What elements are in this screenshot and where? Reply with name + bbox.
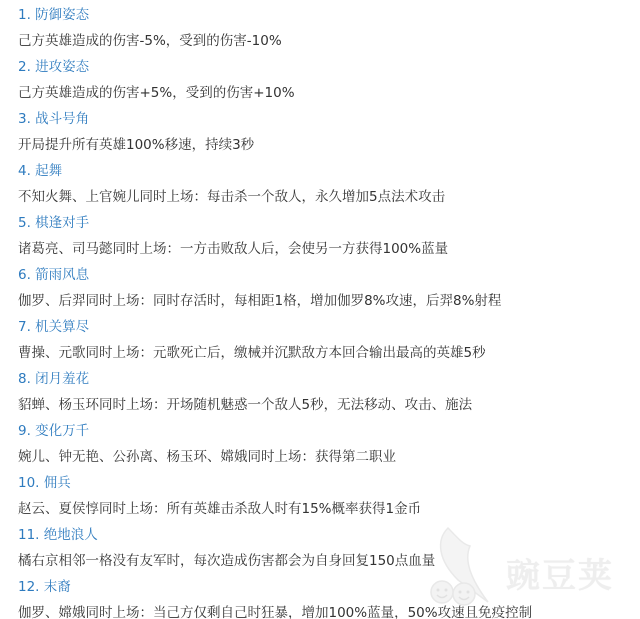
entry-title: 12. 末裔 bbox=[18, 574, 640, 600]
entry-title: 2. 进攻姿态 bbox=[18, 54, 640, 80]
entry-description: 貂蝉、杨玉环同时上场：开场随机魅惑一个敌人5秒，无法移动、攻击、施法 bbox=[18, 392, 640, 418]
entry-title: 11. 绝地浪人 bbox=[18, 522, 640, 548]
entry-title: 8. 闭月羞花 bbox=[18, 366, 640, 392]
entry-title: 6. 箭雨风息 bbox=[18, 262, 640, 288]
entry-9: 9. 变化万千 婉儿、钟无艳、公孙离、杨玉环、嫦娥同时上场：获得第二职业 bbox=[18, 418, 640, 470]
entry-7: 7. 机关算尽 曹操、元歌同时上场：元歌死亡后，缴械并沉默敌方本回合输出最高的英… bbox=[18, 314, 640, 366]
entry-title: 3. 战斗号角 bbox=[18, 106, 640, 132]
entry-description: 伽罗、嫦娥同时上场：当己方仅剩自己时狂暴，增加100%蓝量，50%攻速且免疫控制 bbox=[18, 600, 640, 619]
document-body: 1. 防御姿态 己方英雄造成的伤害-5%，受到的伤害-10% 2. 进攻姿态 己… bbox=[18, 2, 640, 619]
entry-description: 己方英雄造成的伤害+5%，受到的伤害+10% bbox=[18, 80, 640, 106]
entry-2: 2. 进攻姿态 己方英雄造成的伤害+5%，受到的伤害+10% bbox=[18, 54, 640, 106]
entry-5: 5. 棋逢对手 诸葛亮、司马懿同时上场：一方击败敌人后，会使另一方获得100%蓝… bbox=[18, 210, 640, 262]
entry-12: 12. 末裔 伽罗、嫦娥同时上场：当己方仅剩自己时狂暴，增加100%蓝量，50%… bbox=[18, 574, 640, 619]
entry-description: 不知火舞、上官婉儿同时上场：每击杀一个敌人，永久增加5点法术攻击 bbox=[18, 184, 640, 210]
entry-description: 己方英雄造成的伤害-5%，受到的伤害-10% bbox=[18, 28, 640, 54]
entry-8: 8. 闭月羞花 貂蝉、杨玉环同时上场：开场随机魅惑一个敌人5秒，无法移动、攻击、… bbox=[18, 366, 640, 418]
entry-description: 赵云、夏侯惇同时上场：所有英雄击杀敌人时有15%概率获得1金币 bbox=[18, 496, 640, 522]
entry-title: 4. 起舞 bbox=[18, 158, 640, 184]
entry-10: 10. 佣兵 赵云、夏侯惇同时上场：所有英雄击杀敌人时有15%概率获得1金币 bbox=[18, 470, 640, 522]
entry-title: 9. 变化万千 bbox=[18, 418, 640, 444]
entry-title: 7. 机关算尽 bbox=[18, 314, 640, 340]
entry-description: 曹操、元歌同时上场：元歌死亡后，缴械并沉默敌方本回合输出最高的英雄5秒 bbox=[18, 340, 640, 366]
entry-description: 橘右京相邻一格没有友军时，每次造成伤害都会为自身回复150点血量 bbox=[18, 548, 640, 574]
entry-6: 6. 箭雨风息 伽罗、后羿同时上场：同时存活时，每相距1格，增加伽罗8%攻速，后… bbox=[18, 262, 640, 314]
entry-3: 3. 战斗号角 开局提升所有英雄100%移速，持续3秒 bbox=[18, 106, 640, 158]
entry-4: 4. 起舞 不知火舞、上官婉儿同时上场：每击杀一个敌人，永久增加5点法术攻击 bbox=[18, 158, 640, 210]
entry-title: 5. 棋逢对手 bbox=[18, 210, 640, 236]
entry-description: 婉儿、钟无艳、公孙离、杨玉环、嫦娥同时上场：获得第二职业 bbox=[18, 444, 640, 470]
entry-description: 伽罗、后羿同时上场：同时存活时，每相距1格，增加伽罗8%攻速，后羿8%射程 bbox=[18, 288, 640, 314]
entry-11: 11. 绝地浪人 橘右京相邻一格没有友军时，每次造成伤害都会为自身回复150点血… bbox=[18, 522, 640, 574]
entry-title: 10. 佣兵 bbox=[18, 470, 640, 496]
entry-1: 1. 防御姿态 己方英雄造成的伤害-5%，受到的伤害-10% bbox=[18, 2, 640, 54]
entry-title: 1. 防御姿态 bbox=[18, 2, 640, 28]
entry-description: 诸葛亮、司马懿同时上场：一方击败敌人后，会使另一方获得100%蓝量 bbox=[18, 236, 640, 262]
entry-description: 开局提升所有英雄100%移速，持续3秒 bbox=[18, 132, 640, 158]
